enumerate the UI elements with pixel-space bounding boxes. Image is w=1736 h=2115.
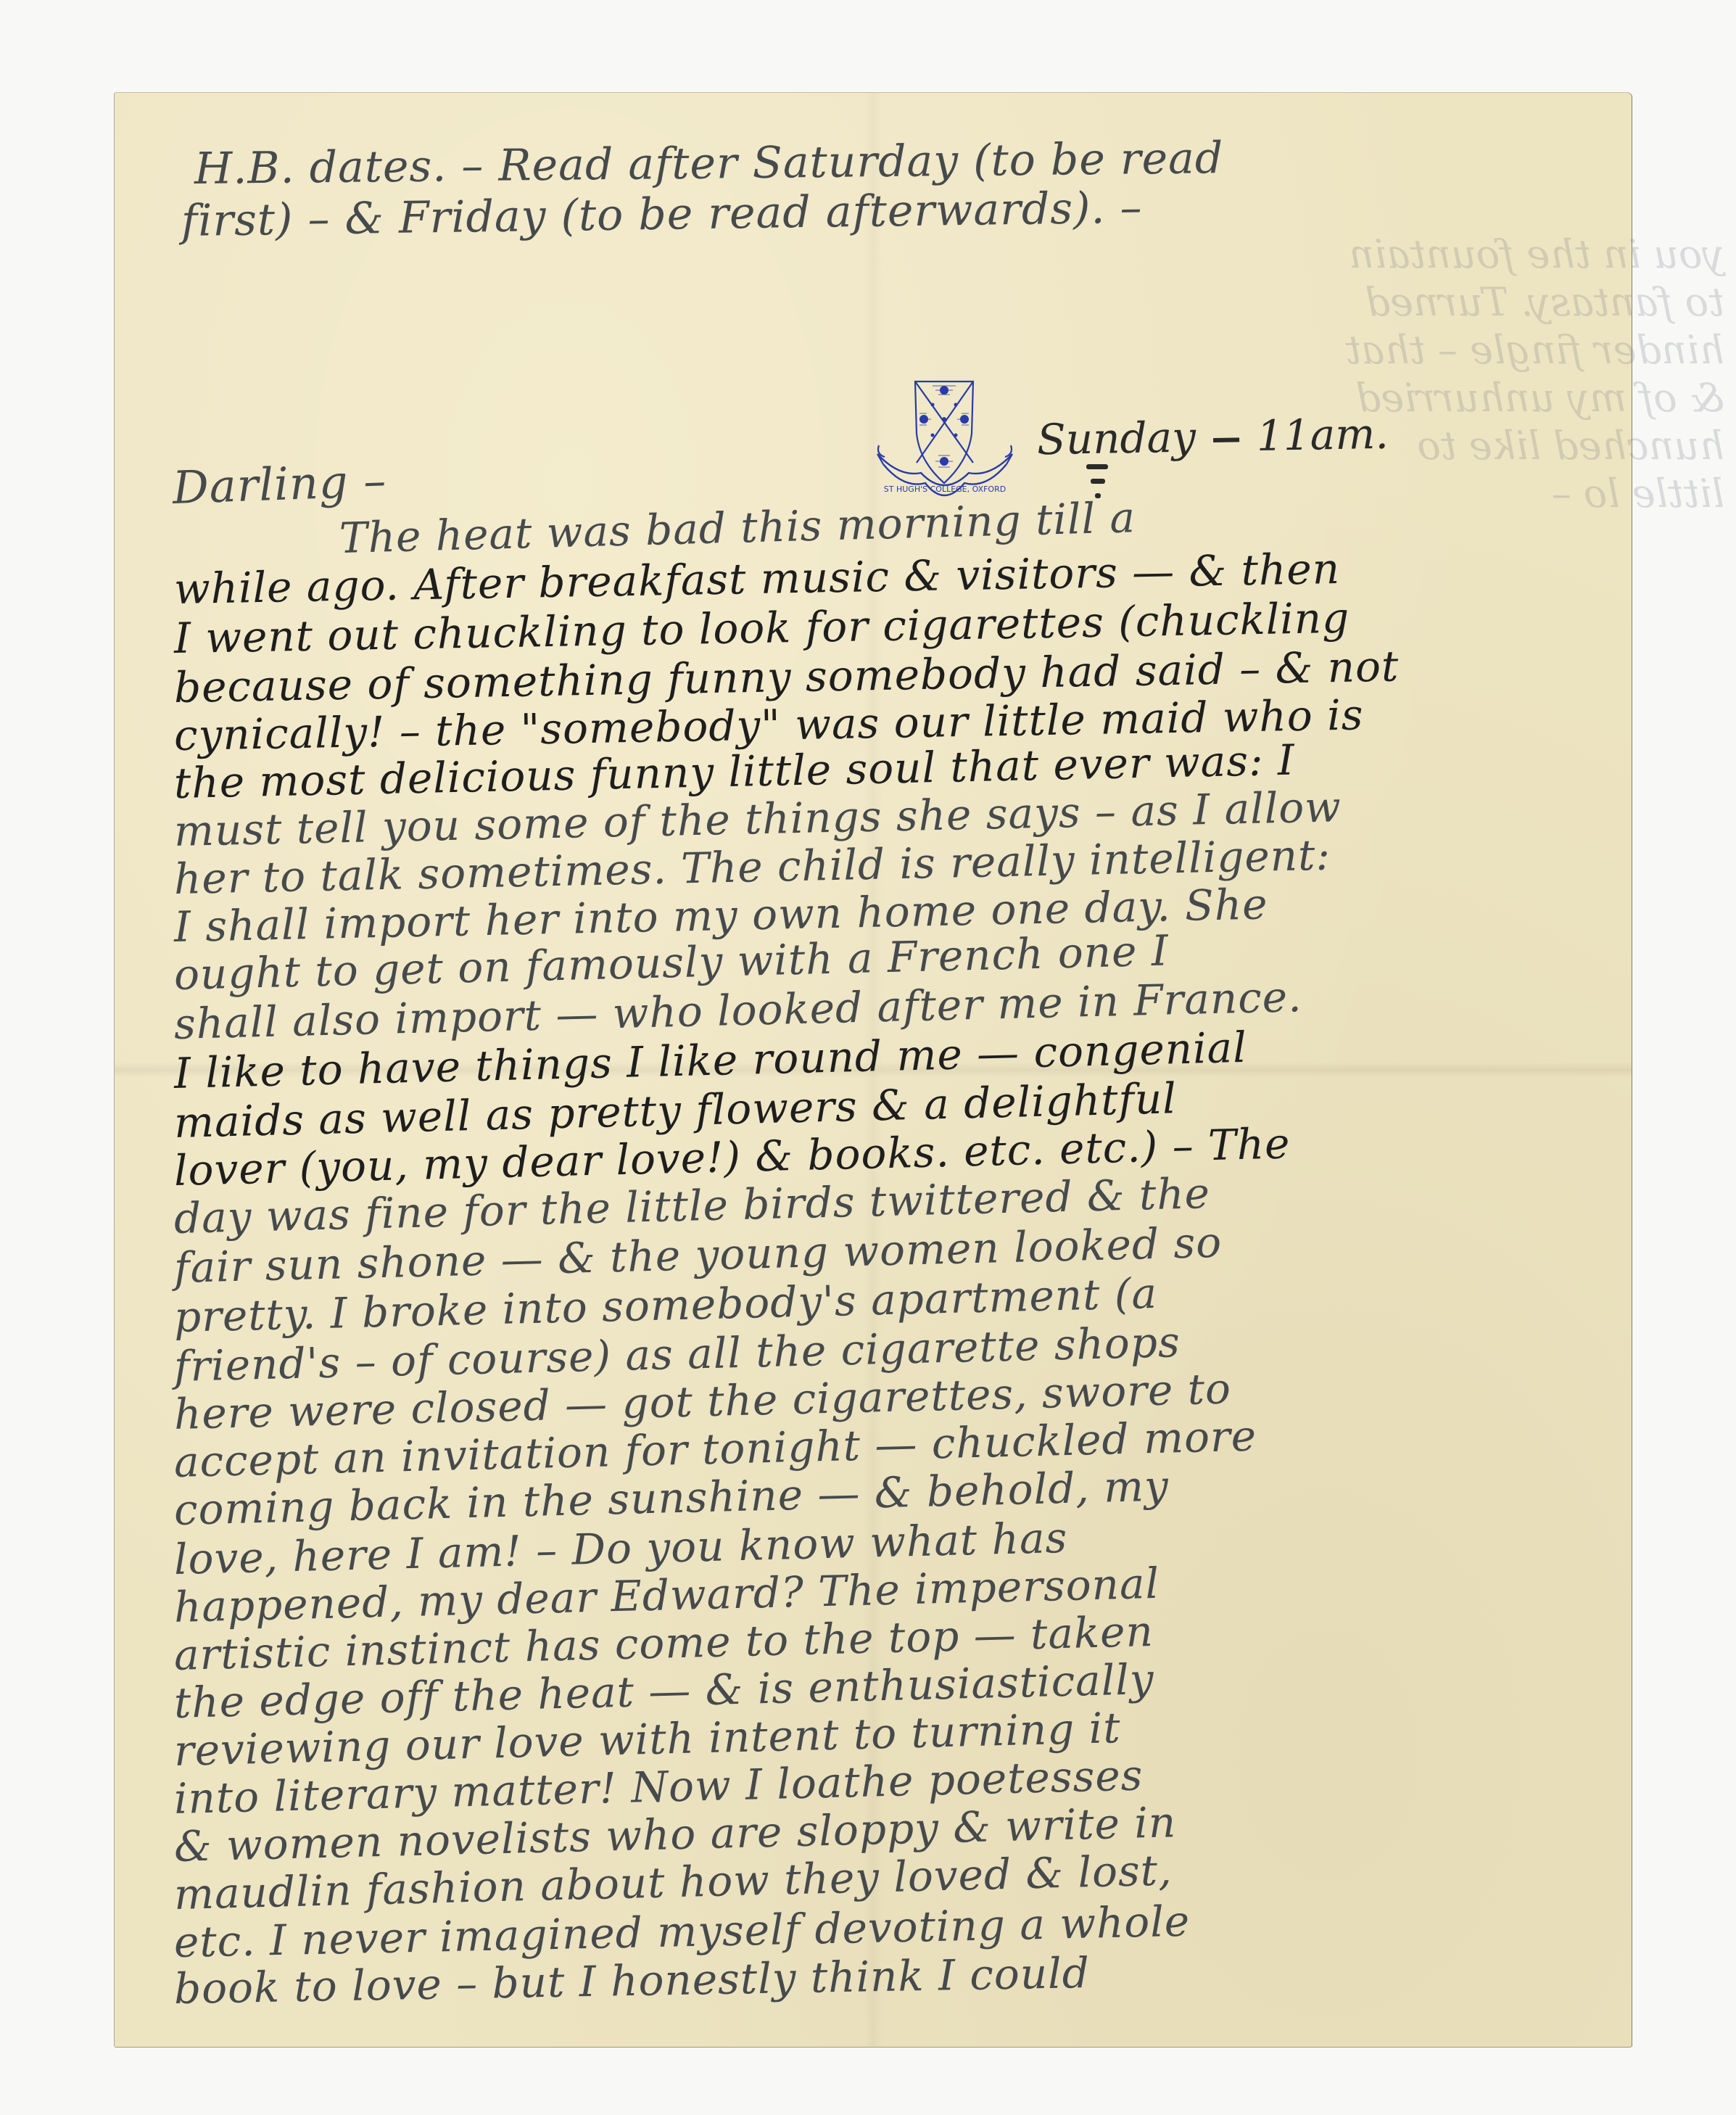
dateline: Sunday11am.: [1036, 409, 1389, 464]
dateline-time: 11am.: [1256, 409, 1389, 461]
college-crest-icon: ST HUGH'S COLLEGE, OXFORD: [863, 376, 1027, 514]
bleed-through-text: you in the fountain to fantasy. Turned h…: [1275, 231, 1724, 518]
bleed-line: to fantasy. Turned: [1275, 279, 1724, 326]
dash: [1213, 437, 1239, 442]
bleed-line: you in the fountain: [1275, 231, 1724, 279]
crest-motto-text: ST HUGH'S COLLEGE, OXFORD: [884, 485, 1006, 494]
dateline-day: Sunday: [1036, 412, 1196, 464]
bleed-line: hinder fingle – that: [1275, 326, 1724, 374]
salutation: Darling –: [172, 454, 388, 514]
bleed-line: little lo –: [1275, 470, 1724, 518]
letter-paper: you in the fountain to fantasy. Turned h…: [115, 93, 1632, 2047]
